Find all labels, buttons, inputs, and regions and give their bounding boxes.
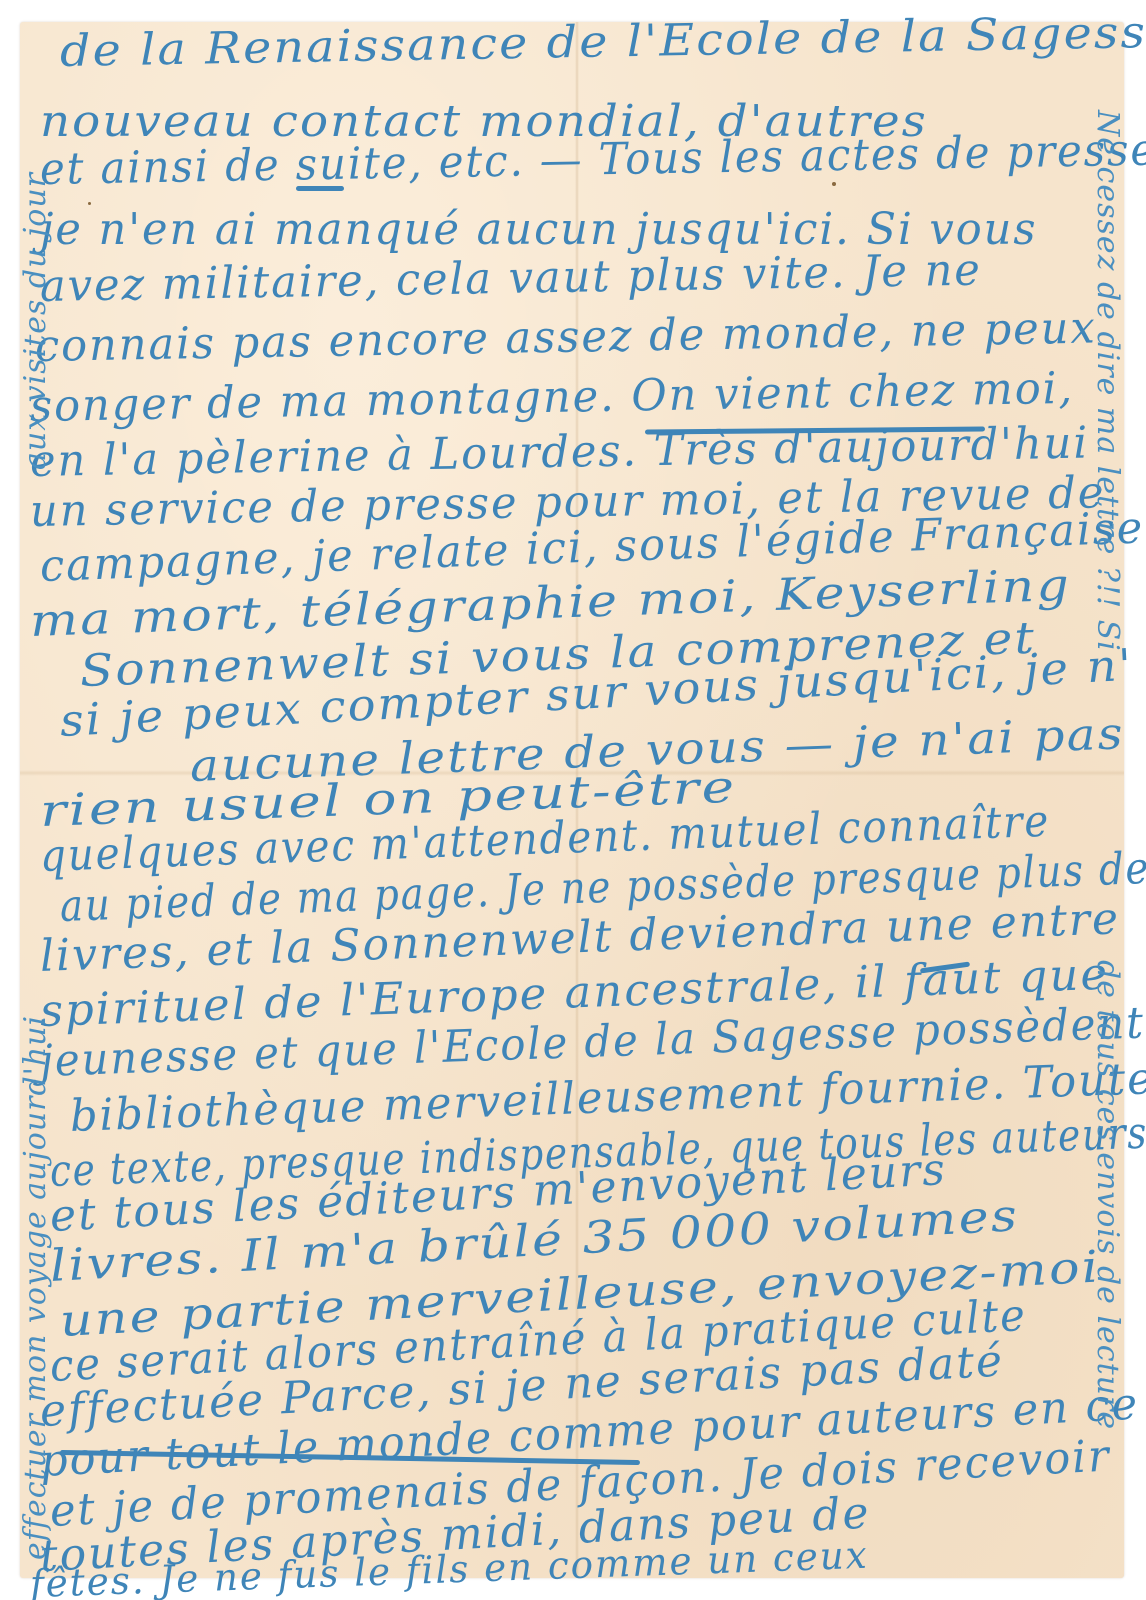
margin-note-left-top: aux visites du jour [18,172,53,470]
margin-note-right-top: Ne cessez de dire ma lettre ?!! Si [1090,110,1125,652]
margin-note-right-bottom: de tous ces envois de lecture [1090,960,1125,1430]
underline-stroke [296,186,344,191]
paper-spot [832,182,836,186]
margin-note-left-bottom: effectuer mon voyage aujourd'hui [18,1015,53,1560]
